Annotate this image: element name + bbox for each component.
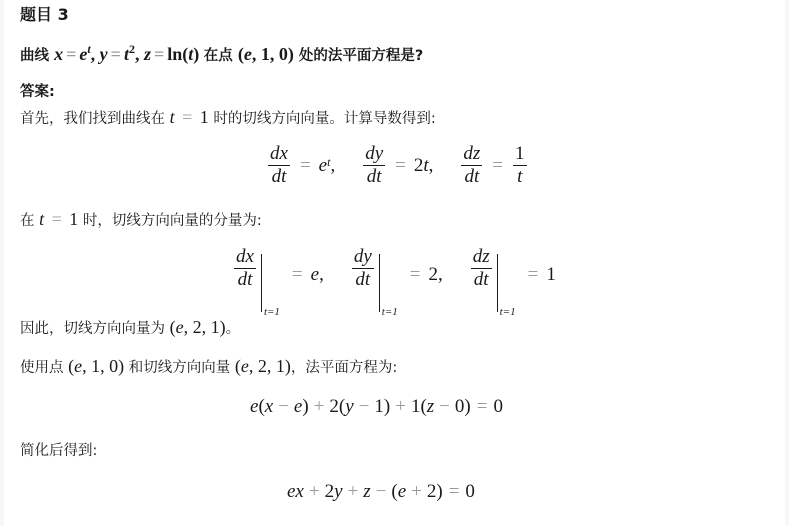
step3-text-before: 因此，切线方向向量为 [20,321,165,337]
eval-dx-dt: dx dt t=1 [232,246,280,304]
step4-text-after: ，法平面方程为: [291,360,397,376]
denominator: dt [353,269,372,291]
question-suffix: 处的法平面方程是? [299,48,423,64]
derivatives-equation: dx dt =et, dy dt =2t, dz dt = 1 t [266,143,529,188]
question-mid: 在点 [204,48,233,64]
step1-text-after: 时的切线方向向量。计算导数得到: [213,111,435,127]
final-equation: ex+2y+z−(e+2)=0 [287,481,475,503]
evaluation-bar [379,254,380,312]
eval-value: 2 [428,264,438,286]
eval-value: 1 [546,264,556,286]
step2-text-before: 在 [20,213,35,229]
step4-text-before: 使用点 [20,360,64,376]
denominator: t [515,166,524,188]
document-page: 题目 3 曲线 x=et, y=t2, z=ln(t) 在点 (e, 1, 0)… [4,0,785,526]
eval-value: e [311,264,319,286]
denominator: dt [462,166,481,188]
answer-step-4: 使用点 (e, 1, 0) 和切线方向向量 (e, 2, 1)，法平面方程为: [20,356,397,378]
step3-text-after: 。 [226,321,241,337]
evaluation-point: t=1 [264,306,280,318]
problem-question: 曲线 x=et, y=t2, z=ln(t) 在点 (e, 1, 0) 处的法平… [20,44,423,66]
step1-math: t = 1 [170,107,209,127]
plane-equation: e(x−e)+2(y−1)+1(z−0)=0 [250,396,503,418]
evaluation-bar [261,254,262,312]
step1-text-before: 首先，我们找到曲线在 [20,111,165,127]
step4-text-mid: 和切线方向向量 [129,360,231,376]
answer-step-1: 首先，我们找到曲线在 t = 1 时的切线方向向量。计算导数得到: [20,107,436,129]
answer-label: 答案: [20,82,55,102]
denominator: dt [236,269,255,291]
problem-title: 题目 3 [20,5,69,25]
eval-dz-dt: dz dt t=1 [469,246,516,304]
evaluation-point: t=1 [500,306,516,318]
answer-step-5: 简化后得到: [20,441,97,461]
numerator: dy [363,143,385,165]
numerator: 1 [513,143,527,165]
numerator: dx [268,143,290,165]
numerator: dz [461,143,482,165]
step4-point-math: (e, 1, 0) [68,356,124,376]
evaluated-derivatives-equation: dx dt t=1 =e, dy dt t=1 =2, dz dt [232,246,556,304]
question-curve-math: x=et, y=t2, z=ln(t) [54,44,204,64]
step3-math: (e, 2, 1) [170,317,226,337]
question-prefix: 曲线 [20,48,49,64]
evaluation-bar [497,254,498,312]
fraction-dy-dt: dy dt [363,143,385,188]
question-point-math: (e, 1, 0) [238,44,294,64]
answer-step-3: 因此，切线方向向量为 (e, 2, 1)。 [20,317,240,339]
denominator: dt [365,166,384,188]
fraction-dz-dt: dz dt [461,143,482,188]
answer-step-2: 在 t = 1 时，切线方向向量的分量为: [20,209,262,231]
step2-text-after: 时，切线方向向量的分量为: [83,213,262,229]
numerator: dz [471,246,492,268]
numerator: dy [352,246,374,268]
step4-vector-math: (e, 2, 1) [235,356,291,376]
eval-dy-dt: dy dt t=1 [350,246,398,304]
evaluation-point: t=1 [382,306,398,318]
numerator: dx [234,246,256,268]
denominator: dt [270,166,289,188]
denominator: dt [472,269,491,291]
fraction-dx-dt: dx dt [268,143,290,188]
step2-math: t = 1 [39,209,78,229]
fraction-1-t: 1 t [513,143,527,188]
